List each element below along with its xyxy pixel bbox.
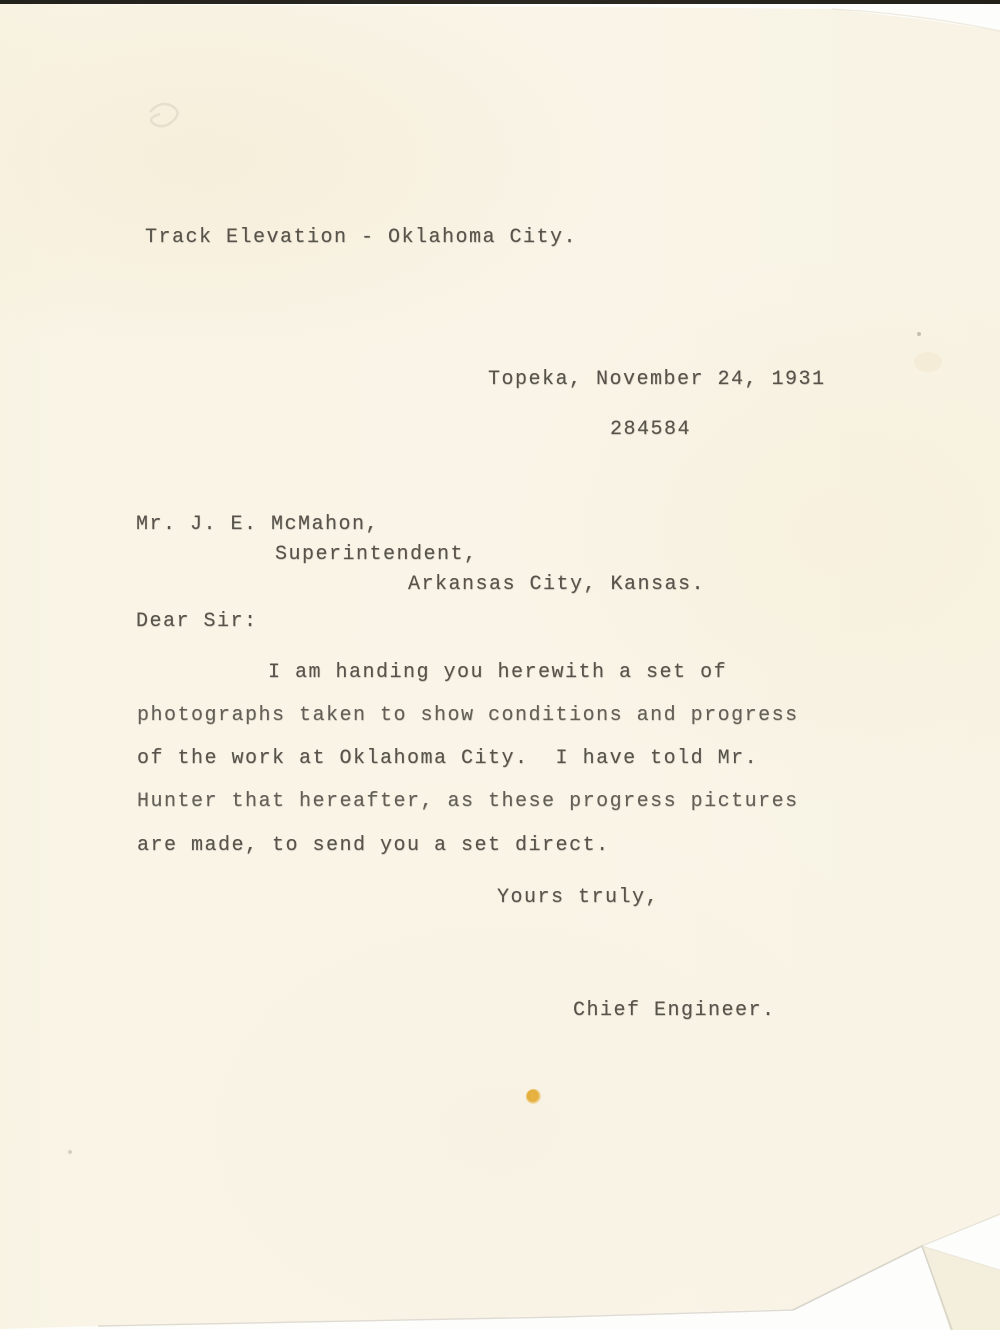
closing: Yours truly, bbox=[497, 886, 659, 909]
subject-line: Track Elevation - Oklahoma City. bbox=[145, 226, 577, 249]
file-number: 284584 bbox=[610, 418, 691, 441]
scanned-letter-page: Track Elevation - Oklahoma City. Topeka,… bbox=[0, 0, 1000, 1330]
recipient-name: Mr. J. E. McMahon, bbox=[136, 513, 379, 536]
signature-title: Chief Engineer. bbox=[573, 999, 776, 1022]
body-line: photographs taken to show conditions and… bbox=[137, 704, 799, 727]
body-line: I am handing you herewith a set of bbox=[268, 661, 727, 684]
ink-speck bbox=[68, 1150, 72, 1154]
ink-stain bbox=[526, 1089, 541, 1104]
body-line: of the work at Oklahoma City. I have tol… bbox=[137, 747, 758, 770]
salutation: Dear Sir: bbox=[136, 610, 258, 633]
dateline: Topeka, November 24, 1931 bbox=[488, 368, 826, 391]
smudge-mark bbox=[150, 104, 178, 126]
ink-speck bbox=[917, 332, 921, 336]
body-line: Hunter that hereafter, as these progress… bbox=[137, 790, 799, 813]
recipient-title: Superintendent, bbox=[275, 543, 478, 566]
recipient-location: Arkansas City, Kansas. bbox=[408, 573, 705, 596]
body-line: are made, to send you a set direct. bbox=[137, 834, 610, 857]
